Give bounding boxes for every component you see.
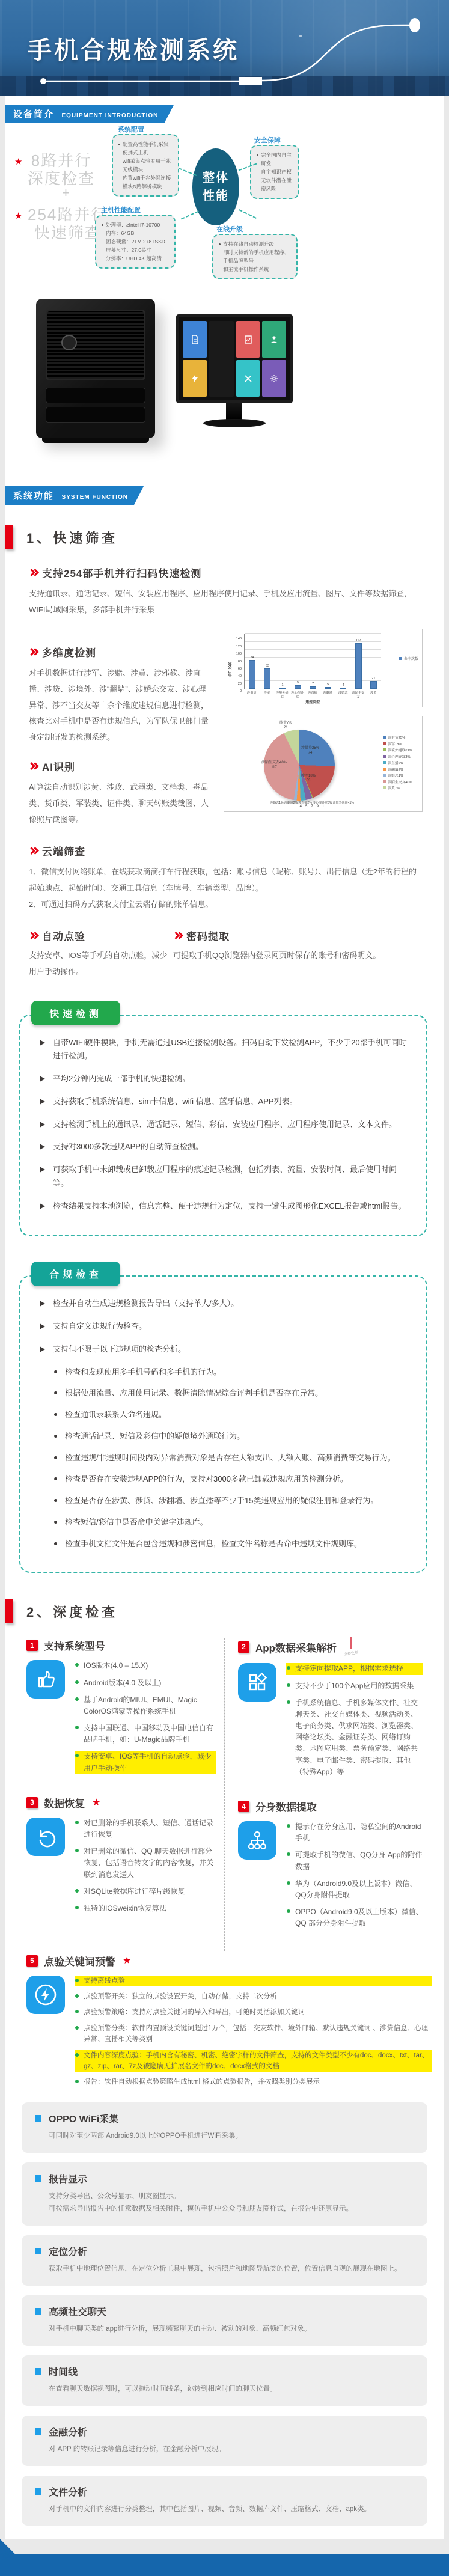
equipment-introduction-banner: 设备简介 EQUIPMENT INTRODUCTION — [5, 105, 174, 123]
footer-wedge — [0, 2539, 16, 2554]
box-title-system-config: 系统配置 — [118, 124, 144, 134]
deep-bullet: 支持离线点验 — [75, 1976, 432, 1986]
box-line: 支持在线自动检测升级 — [219, 240, 291, 248]
tower-feet — [42, 438, 149, 443]
card-line: 在查看聊天数据视图时，可以拖动时间线条，跳转到相应时间的聊天位置。 — [49, 2383, 414, 2396]
deep-bullet: 支持定向提取APP，根据需求选择 — [286, 1663, 423, 1674]
sub-bullet-item: 检查通讯录联系人命名违规。 — [38, 1408, 408, 1422]
plus-sign: + — [62, 185, 70, 201]
bullet-item: 检查结果支持本地浏览，信息完整、便于违规行为定位，支持一键生成图形化EXCEL报… — [38, 1200, 408, 1213]
pc-tower-image — [36, 299, 155, 438]
box-line: 完全国内自主研发 — [257, 151, 293, 168]
deep-item-supported-systems: 1 支持系统型号 IOS版本(4.0 – 15.X)Android版本(4.0 … — [26, 1638, 216, 1780]
sub-bullet-item: 检查手机文档文件是否包含违规和涉密信息，检查文件名称是否命中违规文件规则库。 — [38, 1537, 408, 1551]
subheading-254-scan: 支持254部手机并行扫码快速检测 — [29, 565, 444, 580]
card-line: 对手机中的文件内容进行分类整理，其中包括图片、视频、音频、数据库文件、压缩格式、… — [49, 2503, 414, 2516]
pie-chart-legend: 涉借贷25%涉军18%涉境外通联<1%涉心理异常3%涉直播2%涉翻墙2%涉婚恋1… — [383, 734, 412, 792]
card-line: 获取手机中地理位置信息，在定位分析工具中展现，包括照片和地图导航类的位置，位置信… — [49, 2263, 414, 2276]
overall-performance-circle: 整体 性能 — [192, 148, 239, 225]
card-line: 可同时对至少两部 Android9.0以上的OPPO手机进行WiFi采集。 — [49, 2130, 414, 2143]
card-line: 支持分类导出、公众号显示、朋友圈显示。 — [49, 2190, 414, 2203]
compliance-check-button[interactable]: 合规检查 — [31, 1262, 120, 1286]
box-line: 内存：64GB — [102, 229, 169, 237]
blue-square-bullet — [35, 2308, 41, 2315]
card-oppo-wifi: OPPO WiFi采集 可同时对至少两部 Android9.0以上的OPPO手机… — [22, 2102, 427, 2153]
paragraph-password-extract: 可提取手机QQ浏览器内登录网页时保存的账号和密码明文。 — [173, 948, 423, 964]
deep-bullet: 提示存在分身应用、隐私空间的Android手机 — [286, 1821, 423, 1844]
deep-bullet: 支持中国联通、中国移动及中国电信自有品牌手机，如：U-Magic品牌手机 — [75, 1723, 216, 1745]
red-block — [5, 1599, 13, 1623]
lightning-icon — [183, 360, 207, 397]
deep-bullet: 对SQLite数据库进行碎片级恢复 — [75, 1886, 216, 1897]
footer-band — [0, 2554, 449, 2576]
deep-bullet: 点验预警开关：独立的点验设置开关，自动存储，支持二次分析 — [75, 1991, 432, 2002]
deep-check-right-column: 2 App数据采集解析 支持定制 支持定向提取APP，根据需求选择支持不少于10… — [225, 1638, 432, 1950]
deep-bullet: 基于Android的MIUI、EMUI、Magic ColorOS鸿蒙等操作系统… — [75, 1694, 216, 1717]
box-line: 和主流手机操作系统 — [219, 265, 291, 273]
double-chevron-icon — [29, 570, 36, 575]
sub-bullet-item: 检查通话记录、短信及彩信中的疑似境外通联行为。 — [38, 1430, 408, 1444]
deep-bullet: 点验预警分类：软件内置预设关键词超过1万个，包括：交友软件、境外邮箱、默认违规关… — [75, 2023, 432, 2045]
pie-graphic: 涉借贷25% 74 涉军18% 53 涉陌生交友40% 117 — [264, 730, 335, 801]
bar-chart-xlabels: 涉借贷涉军涉境外通联涉心理异常涉直播涉翻墙涉婚恋涉陌生交友涉黄 — [244, 689, 381, 699]
subheading-cloud: 云端筛查 — [29, 843, 444, 858]
subheading-ai: AI识别 — [29, 758, 209, 774]
bullet-item: 检查并自动生成违规检测报告导出（支持单人/多人）。 — [38, 1297, 408, 1311]
section-heading-deep-check: 2、深度检查 — [5, 1599, 444, 1623]
bar-chart-xlabel: 违规类型 — [244, 699, 381, 704]
deep-bullet: 可提取手机的微信、QQ分身 App的附件数据 — [286, 1849, 423, 1872]
blue-square-bullet — [35, 2428, 41, 2435]
deep-check-left-column: 1 支持系统型号 IOS版本(4.0 – 15.X)Android版本(4.0 … — [26, 1638, 225, 1950]
star-icon: ★ — [14, 211, 23, 221]
legend-swatch — [399, 657, 402, 660]
subheading-password-extract: 密码提取 — [173, 928, 423, 943]
bar-chart-plot: 74531975411721 — [244, 634, 381, 689]
compliance-check-panel: 检查并自动生成违规检测报告导出（支持单人/多人）。支持自定义违规行为检查。支持但… — [19, 1275, 427, 1573]
security-box: 完全国内自主研发自主知识产权无软件潜在泄密风险 — [250, 145, 299, 199]
bullet-item: 平均2分钟内完成一部手机的快速检测。 — [38, 1072, 408, 1086]
bullet-item: 支持获取手机系统信息、sim卡信息、wifi 信息、蓝牙信息、APP列表。 — [38, 1095, 408, 1109]
page-title: 手机合规检测系统 — [28, 31, 239, 66]
tower-logo — [61, 335, 77, 350]
deep-bullet: Android版本(4.0 及以上) — [75, 1677, 216, 1689]
card-location-analysis: 定位分析 获取手机中地理位置信息，在定位分析工具中展现，包括照片和地图导航类的位… — [22, 2235, 427, 2286]
pie-annotation-big: 涉陌生交友40% 117 — [261, 761, 287, 771]
host-performance-box: 处理器：≥Intel i7-10700内存：64GB固态硬盘：2TM.2+8TS… — [95, 215, 176, 269]
deep-bullet: 手机系统信息、手机多媒体文件、社交聊天类、社交自媒体类、视频活动类、电子商务类、… — [286, 1697, 423, 1778]
connector-line — [181, 211, 199, 220]
deep-bullet: 点验预警策略：支持对点验关键词的导入和导出，可随时灵活添加关键词 — [75, 2007, 432, 2018]
sub-bullet-item: 检查违规/非违规时间段内对异常消费对象是否存在大额支出、大额入账、高频消费等交易… — [38, 1451, 408, 1465]
box-title-host-performance: 主机性能配置 — [101, 205, 141, 215]
box-line: 分辨率：UHD 4K 超高清 — [102, 254, 169, 263]
box-line: 内置wifi千兆外网连接模块N路解析模块 — [118, 174, 173, 191]
connector-line — [239, 209, 257, 219]
box-line: 处理器：≥Intel i7-10700 — [102, 221, 169, 229]
sub-bullet-item: 检查短信/彩信中是否命中关键字违规库。 — [38, 1516, 408, 1530]
org-chart-icon — [238, 1821, 276, 1860]
double-chevron-icon — [29, 848, 36, 853]
deep-bullet: 报告：软件自动根据点验策略生成html 格式的点验报告，并按照类别分类展示 — [75, 2077, 432, 2087]
sub-bullet-item: 检查和发现使用多手机号码和多手机的行为。 — [38, 1366, 408, 1379]
pie-annotation-slice1: 涉借贷25% 74 — [301, 746, 319, 756]
custom-support-badge: 支持定制 — [344, 1638, 358, 1656]
double-chevron-icon — [29, 763, 36, 769]
card-report-display: 报告显示 支持分类导出、公众号显示、朋友圈显示。可按需求导出报告中的任意数据及相… — [22, 2162, 427, 2226]
tower-mesh-panel — [46, 310, 145, 380]
bullet-item: 自带WIFI硬件模块，手机无需通过USB连接检测设备。扫码自动下发检测APP，不… — [38, 1036, 408, 1064]
paragraph-auto-check: 支持安卓、IOS等手机的自动点验，减少用户手动操作。 — [29, 948, 173, 980]
star-icon: ★ — [123, 1955, 131, 1967]
bullet-item: 支持但不限于以下违规项的检查分析。 — [38, 1343, 408, 1357]
box-title-security: 安全保障 — [254, 135, 281, 145]
feature-deep-check: ★ 8路并行 深度检查 — [28, 152, 95, 188]
card-finance-analysis: 金融分析 对 APP 的转账记录等信息进行分析，在金融分析中展现。 — [22, 2416, 427, 2466]
undo-arrow-icon — [26, 1818, 65, 1856]
sub-bullet-item: 根据使用流量、应用使用记录、数据清除情况综合评判手机是否存在异常。 — [38, 1387, 408, 1400]
deep-bullet: 支持不少于100个App应用的数据采集 — [286, 1680, 423, 1692]
box-title-online-upgrade: 在线升级 — [216, 224, 243, 234]
card-line: 对手机中聊天类的 app进行分析，展现频繁聊天的主动、被动的对象、高频红包对象。 — [49, 2323, 414, 2336]
banner-title-en: EQUIPMENT INTRODUCTION — [61, 112, 158, 119]
pie-annotation-bottom: 涉婚恋1% 涉翻墙2% 涉直播2% 涉心理异常3% 涉境外通联<1% 4 5 7… — [258, 801, 366, 810]
box-line: 即时支持新的手机应用程序、手机品牌型号 — [219, 248, 291, 265]
card-social-chat: 高频社交聊天 对手机中聊天类的 app进行分析，展现频繁聊天的主动、被动的对象、… — [22, 2295, 427, 2346]
blue-square-bullet — [35, 2368, 41, 2375]
bar-chart-legend: 命中次数 — [399, 656, 418, 661]
report-icon — [236, 321, 260, 358]
online-upgrade-box: 支持在线自动检测升级即时支持新的手机应用程序、手机品牌型号和主流手机操作系统 — [212, 234, 298, 279]
pie-annotation-top: 涉黄7% 21 — [279, 721, 292, 731]
deep-bullet: IOS版本(4.0 – 15.X) — [75, 1660, 216, 1671]
hero-header: 手机合规检测系统 — [0, 0, 449, 96]
cloud-line: 1、微信支付网络账单，在线获取滴滴打车行程获取，包括：账号信息（昵称、账号）、出… — [29, 864, 423, 896]
box-line: 配置高性能手机采集便携式主机 — [118, 140, 173, 157]
blue-square-bullet — [35, 2175, 41, 2182]
subheading-multi-dimension: 多维度检测 — [29, 644, 209, 659]
section-heading-quick-screen: 1、快速筛查 — [5, 525, 444, 549]
deep-bullet: OPPO（Android9.0及以上版本）微信、QQ 部分分身附件提取 — [286, 1906, 423, 1929]
document-icon — [183, 321, 207, 358]
deep-item-data-recovery: 3 数据恢复 ★ 对已删除的手机联系人、短信、通话记录进行恢复对已删除的微信、Q… — [26, 1795, 216, 1920]
double-chevron-icon — [29, 649, 36, 655]
user-icon — [262, 321, 286, 358]
monitor-base — [203, 419, 266, 427]
star-icon: ★ — [14, 157, 23, 167]
banner-title-zh: 系统功能 — [13, 491, 54, 501]
deep-bullet: 文件内容深度点验：手机内含有秘密、机密、绝密字样的文件筛查，支持的文件类型不少有… — [75, 2050, 432, 2072]
star-icon: ★ — [92, 1796, 100, 1808]
tower-drive-bay — [46, 388, 145, 403]
item-number: 3 — [26, 1797, 38, 1808]
bullet-item: 支持检测手机上的通讯录、通话记录、短信、彩信、安装应用程序、应用程序使用记录、文… — [38, 1118, 408, 1132]
bullet-item: 支持自定义违规行为检查。 — [38, 1320, 408, 1334]
monitor-stand — [226, 403, 242, 420]
quick-detection-button[interactable]: 快速检测 — [31, 1001, 120, 1025]
section-title: 2、深度检查 — [26, 1602, 118, 1621]
subheading-auto-check: 自动点验 — [29, 928, 173, 943]
deep-bullet: 支持安卓、IOS等手机的自动点验，减少用户手动操作 — [75, 1751, 216, 1774]
box-line: 固态硬盘：2TM.2+8TSSD — [102, 237, 169, 246]
circle-text: 性能 — [203, 187, 229, 205]
paragraph-254-scan: 支持通讯录、通话记录、短信、安装应用程序、应用程序使用记录、手机及应用流量、图片… — [29, 586, 423, 618]
section-title: 1、快速筛查 — [26, 528, 118, 547]
pie-annotation-slice2: 涉军18% 53 — [301, 774, 316, 784]
tools-icon — [236, 360, 260, 397]
bar-chart-yticks: 020406080100120140 — [233, 639, 243, 691]
sub-bullet-item: 检查是否存在涉黄、涉贷、涉翻墙、涉直播等不少于15类违规应用的疑似注册和登录行为… — [38, 1494, 408, 1508]
quick-detection-panel: 自带WIFI硬件模块，手机无需通过USB连接检测设备。扫码自动下发检测APP，不… — [19, 1015, 427, 1237]
banner-title-zh: 设备简介 — [13, 109, 54, 120]
paragraph-multi-dimension: 对手机数据进行涉军、涉赌、涉黄、涉邪教、涉直播、涉贷、涉境外、涉“翻墙”、涉婚恋… — [29, 665, 209, 745]
feature-line: 深度检查 — [28, 170, 95, 188]
deep-item-clone-extract: 4 分身数据提取 提示存在分身应用、隐私空间的Android手机可提取手机的微信… — [238, 1799, 423, 1935]
double-chevron-icon — [173, 933, 180, 938]
blue-square-bullet — [35, 2248, 41, 2254]
cloud-line: 2、可通过扫码方式获取支付宝云端存储的账单信息。 — [29, 897, 423, 913]
box-line: wifi采集点验专用千兆无线模块 — [118, 157, 173, 174]
deep-bullet: 独特的IOSweixin恢复算法 — [75, 1903, 216, 1914]
content-area: 设备简介 EQUIPMENT INTRODUCTION ★ 8路并行 深度检查 … — [5, 96, 444, 2539]
double-chevron-icon — [29, 933, 36, 938]
equipment-diagram: ★ 8路并行 深度检查 + ★ 254路并行 快速筛查 系统配置 配置高性能手机… — [5, 123, 444, 478]
box-line: 自主知识产权 — [257, 168, 293, 176]
sub-bullet-item: 检查是否存在安装违规APP的行为，支持对3000多款已卸载违规应用的检测分析。 — [38, 1473, 408, 1486]
app-grid-icon — [238, 1663, 276, 1702]
phones-preview — [209, 321, 234, 397]
pie-chart: 涉黄7% 21 涉借贷25% 74 涉军18% 53 — [224, 716, 423, 812]
item-number: 1 — [26, 1640, 38, 1651]
diamond-icon — [350, 1637, 352, 1649]
card-timeline: 时间线 在查看聊天数据视图时，可以拖动时间线条，跳转到相应时间的聊天位置。 — [22, 2355, 427, 2406]
deep-bullet: 华为（Android9.0及以上版本）微信、QQ分身附件提取 — [286, 1878, 423, 1901]
item-number: 5 — [26, 1955, 38, 1967]
paragraph-cloud: 1、微信支付网络账单，在线获取滴滴打车行程获取，包括：账号信息（昵称、账号）、出… — [29, 864, 423, 912]
system-function-banner: 系统功能 SYSTEM FUNCTION — [5, 486, 144, 505]
bullet-item: 支持对3000多款违规APP的自动筛查检测。 — [38, 1140, 408, 1154]
system-config-box: 配置高性能手机采集便携式主机wifi采集点验专用千兆无线模块内置wifi千兆外网… — [112, 134, 179, 197]
red-block — [5, 525, 13, 549]
banner-title-en: SYSTEM FUNCTION — [61, 494, 128, 501]
lightning-circle-icon — [26, 1976, 65, 2014]
circle-text: 整体 — [203, 169, 229, 187]
card-line: 可按需求导出报告中的任意数据及相关附件，模仿手机中公众号和朋友圈样式，在报告中还… — [49, 2203, 414, 2216]
deep-item-app-collection: 2 App数据采集解析 支持定制 支持定向提取APP，根据需求选择支持不少于10… — [238, 1638, 423, 1783]
box-line: 屏幕尺寸：27.0英寸 — [102, 246, 169, 254]
feature-line: 8路并行 — [28, 152, 95, 170]
item-number: 2 — [238, 1641, 249, 1653]
blue-square-bullet — [35, 2488, 41, 2495]
deep-bullet: 对已删除的手机联系人、短信、通话记录进行恢复 — [75, 1818, 216, 1840]
page: 手机合规检测系统 设备简介 EQUIPMENT INTRODUCTION ★ 8… — [0, 0, 449, 2576]
bullet-item: 可获取手机中未卸载或已卸载应用程序的痕迹记录检测，包括列表、流量、安装时间、最后… — [38, 1163, 408, 1191]
gear-icon — [262, 360, 286, 397]
paragraph-ai: AI算法自动识别涉黄、涉政、武器类、文档类、毒品类、货币类、军装类、证件类、聊天… — [29, 780, 209, 828]
box-line: 无软件潜在泄密风险 — [257, 176, 293, 193]
deep-item-keyword-warning: 5 点验关键词预警 ★ 支持离线点验点验预警开关：独立的点验设置开关，自动存储，… — [26, 1953, 444, 2093]
deep-check-grid: 1 支持系统型号 IOS版本(4.0 – 15.X)Android版本(4.0 … — [26, 1638, 444, 1950]
monitor-image — [176, 314, 293, 403]
item-number: 4 — [238, 1801, 249, 1812]
card-file-analysis: 文件分析 对手机中的文件内容进行分类整理，其中包括图片、视频、音频、数据库文件、… — [22, 2476, 427, 2526]
thumbs-up-icon — [26, 1660, 65, 1699]
deep-bullet: 对已删除的微信、QQ 聊天数据进行部分恢复，包括语音转文字的内容恢复，并关联到消… — [75, 1846, 216, 1881]
card-line: 对 APP 的转账记录等信息进行分析，在金融分析中展现。 — [49, 2443, 414, 2456]
tower-drive-bay — [46, 407, 145, 423]
blue-square-bullet — [35, 2115, 41, 2122]
bar-chart-ylabel: 命中次数 — [228, 662, 233, 677]
bar-chart: 命中次数 020406080100120140 74531975411721 涉… — [224, 629, 423, 707]
